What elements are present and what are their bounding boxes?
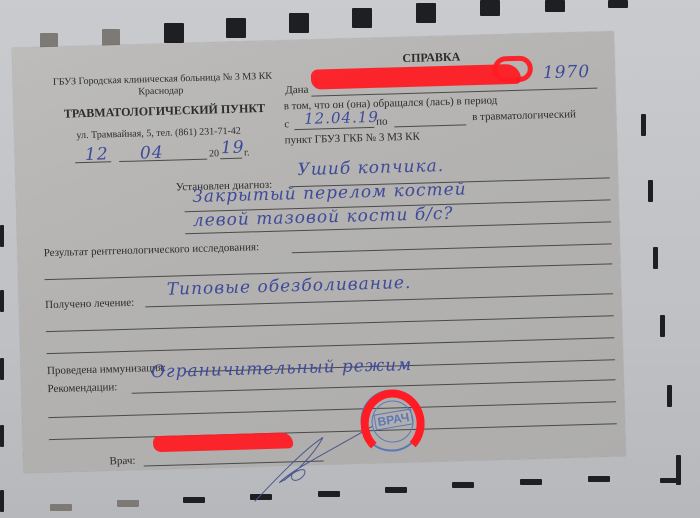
institution-address: ул. Трамвайная, 5, тел. (861) 231-71-42 (76, 126, 241, 142)
immunization-label: Проведена иммунизация: (47, 362, 166, 377)
recommendations-label: Рекомендации: (47, 381, 117, 395)
department-title: ТРАВМАТОЛОГИЧЕСКИЙ ПУНКТ (64, 101, 266, 122)
xray-label: Результат рентгенологического исследован… (44, 241, 260, 259)
doctor-label: Врач: (109, 455, 135, 468)
issue-year-prefix: 20 (209, 148, 219, 159)
issue-year-suffix: 19 (221, 138, 245, 159)
treatment-label: Получено лечение: (45, 297, 134, 311)
issued-to-label: Дана (285, 84, 308, 97)
birth-year: 1970 (543, 62, 591, 83)
certificate-paper: ГБУЗ Городская клиническая больница № 3 … (12, 31, 626, 473)
treatment-value: Типовые обезболивание. (167, 273, 412, 300)
stamp-redaction (360, 389, 426, 459)
period-to-label: по (376, 116, 388, 128)
institution-city: Краснодар (138, 85, 183, 97)
diagnosis-line-1: Ушиб копчика. (297, 156, 444, 180)
period-from-value: 12.04.19 (304, 108, 379, 128)
issue-year-unit: г. (244, 147, 250, 158)
redacted-name (311, 64, 521, 90)
period-place: пункт ГБУЗ ГКБ № 3 МЗ КК (285, 131, 420, 147)
doctor-stamp: ВРАЧ (360, 389, 424, 453)
period-suffix: в травматологический (472, 108, 576, 123)
recommendations-value: Ограничительный режим (151, 355, 413, 382)
document-title: СПРАВКА (402, 49, 460, 66)
period-from-label: с (284, 118, 289, 130)
